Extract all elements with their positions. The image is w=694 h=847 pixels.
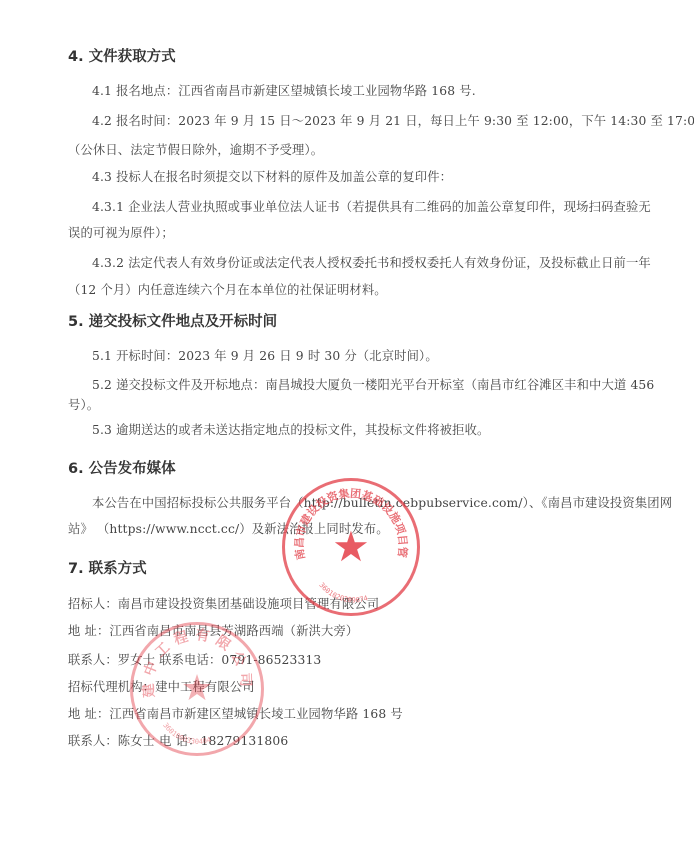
contact-agency-person: 联系人：陈女士 电 话：18279131806 [68,731,288,749]
contact-agency: 招标代理机构：建中工程有限公司 [68,677,255,695]
section-7-heading: 7. 联系方式 [68,557,147,578]
document-page: 4. 文件获取方式 4.1 报名地点：江西省南昌市新建区望城镇长堎工业园物华路 … [0,0,694,847]
section-4-line-6: 误的可视为原件）； [68,223,174,241]
section-5-line-4: 5.3 逾期送达的或者未送达指定地点的投标文件，其投标文件将被拒收。 [92,420,489,438]
contact-tenderer-address: 地 址：江西省南昌市南昌县芳湖路西端（新洪大旁） [68,621,358,639]
section-5-line-2: 5.2 递交投标文件及开标地点：南昌城投大厦负一楼阳光平台开标室（南昌市红谷滩区… [92,375,654,393]
section-5-heading: 5. 递交投标文件地点及开标时间 [68,310,277,331]
section-6-line-1: 本公告在中国招标投标公共服务平台（http://bulletin.cebpubs… [92,493,672,511]
section-4-line-5: 4.3.1 企业法人营业执照或事业单位法人证书（若提供具有二维码的加盖公章复印件… [92,197,651,215]
section-4-line-1: 4.1 报名地点：江西省南昌市新建区望城镇长堎工业园物华路 168 号. [92,81,476,99]
section-4-line-3: （公休日、法定节假日除外，逾期不予受理）。 [68,140,323,158]
section-6-line-2: 站》 （https://www.ncct.cc/）及新法治报上同时发布。 [68,519,389,537]
contact-tenderer: 招标人：南昌市建设投资集团基础设施项目管理有限公司 [68,594,379,612]
section-4-line-2: 4.2 报名时间：2023 年 9 月 15 日～2023 年 9 月 21 日… [92,111,694,129]
contact-agency-address: 地 址：江西省南昌市新建区望城镇长堎工业园物华路 168 号 [68,704,403,722]
section-6-heading: 6. 公告发布媒体 [68,457,176,478]
section-4-line-7: 4.3.2 法定代表人有效身份证或法定代表人授权委托书和授权委托人有效身份证，及… [92,253,651,271]
section-5-line-1: 5.1 开标时间：2023 年 9 月 26 日 9 时 30 分（北京时间）。 [92,346,438,364]
section-4-line-4: 4.3 投标人在报名时须提交以下材料的原件及加盖公章的复印件： [92,167,452,185]
section-5-line-3: 号）。 [68,395,99,413]
section-4-line-8: （12 个月）内任意连续六个月在本单位的社保证明材料。 [68,280,387,298]
contact-tenderer-person: 联系人：罗女士 联系电话：0791-86523313 [68,650,321,668]
section-4-heading: 4. 文件获取方式 [68,45,176,66]
